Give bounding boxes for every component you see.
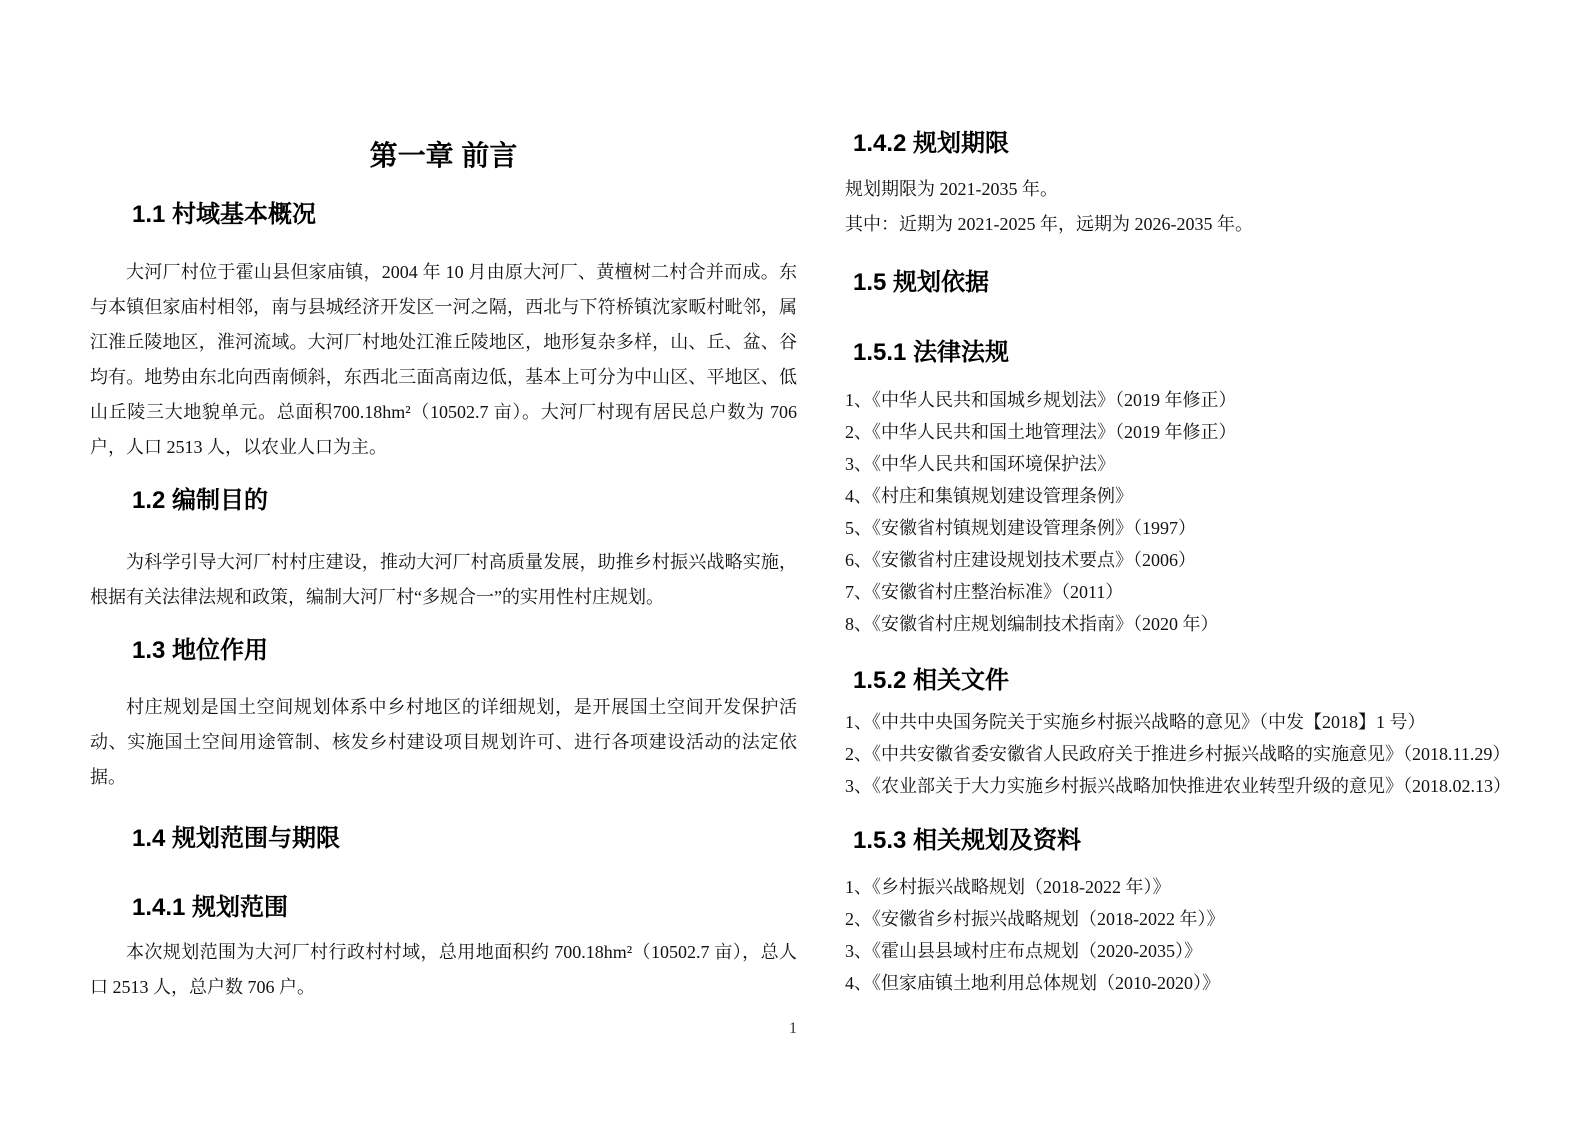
para-planning-period-2: 其中：近期为 2021-2025 年，远期为 2026-2035 年。 — [845, 207, 1560, 242]
right-column: 1.4.2 规划期限 规划期限为 2021-2035 年。 其中：近期为 202… — [845, 120, 1560, 999]
heading-status-role: 1.3 地位作用 — [132, 636, 797, 666]
para-status-role: 村庄规划是国土空间规划体系中乡村地区的详细规划，是开展国土空间开发保护活动、实施… — [90, 690, 797, 795]
list-item: 1、《中共中央国务院关于实施乡村振兴战略的意见》（中发【2018】1 号） — [845, 706, 1560, 738]
list-item: 7、《安徽省村庄整治标准》（2011） — [845, 576, 1560, 608]
heading-laws-regulations: 1.5.1 法律法规 — [853, 338, 1560, 368]
chapter-title: 第一章 前言 — [90, 138, 797, 174]
list-item: 1、《乡村振兴战略规划（2018-2022 年）》 — [845, 871, 1560, 903]
para-planning-period-1: 规划期限为 2021-2035 年。 — [845, 172, 1560, 207]
heading-planning-scope: 1.4.1 规划范围 — [132, 893, 797, 923]
list-item: 2、《中华人民共和国土地管理法》（2019 年修正） — [845, 416, 1560, 448]
para-planning-scope: 本次规划范围为大河厂村行政村村域，总用地面积约 700.18hm²（10502.… — [90, 935, 797, 1005]
laws-regulations-list: 1、《中华人民共和国城乡规划法》（2019 年修正） 2、《中华人民共和国土地管… — [845, 384, 1560, 640]
list-item: 1、《中华人民共和国城乡规划法》（2019 年修正） — [845, 384, 1560, 416]
heading-planning-period: 1.4.2 规划期限 — [853, 129, 1560, 159]
document-page: 第一章 前言 1.1 村域基本概况 大河厂村位于霍山县但家庙镇，2004 年 1… — [0, 0, 1586, 1123]
heading-scope-and-period: 1.4 规划范围与期限 — [132, 824, 797, 854]
para-compilation-purpose: 为科学引导大河厂村村庄建设，推动大河厂村高质量发展，助推乡村振兴战略实施，根据有… — [90, 545, 797, 615]
heading-compilation-purpose: 1.2 编制目的 — [132, 486, 797, 516]
heading-related-documents: 1.5.2 相关文件 — [853, 666, 1560, 696]
list-item: 3、《霍山县县域村庄布点规划（2020-2035）》 — [845, 935, 1560, 967]
page-number: 1 — [0, 1020, 1586, 1038]
list-item: 2、《中共安徽省委安徽省人民政府关于推进乡村振兴战略的实施意见》（2018.11… — [845, 738, 1560, 770]
list-item: 3、《农业部关于大力实施乡村振兴战略加快推进农业转型升级的意见》（2018.02… — [845, 770, 1560, 802]
related-plans-list: 1、《乡村振兴战略规划（2018-2022 年）》 2、《安徽省乡村振兴战略规划… — [845, 871, 1560, 999]
heading-planning-basis: 1.5 规划依据 — [853, 268, 1560, 298]
list-item: 4、《但家庙镇土地利用总体规划（2010-2020）》 — [845, 967, 1560, 999]
list-item: 2、《安徽省乡村振兴战略规划（2018-2022 年）》 — [845, 903, 1560, 935]
related-documents-list: 1、《中共中央国务院关于实施乡村振兴战略的意见》（中发【2018】1 号） 2、… — [845, 706, 1560, 802]
list-item: 5、《安徽省村镇规划建设管理条例》（1997） — [845, 512, 1560, 544]
heading-village-overview: 1.1 村域基本概况 — [132, 200, 797, 230]
para-village-overview: 大河厂村位于霍山县但家庙镇，2004 年 10 月由原大河厂、黄檀树二村合并而成… — [90, 255, 797, 465]
left-column: 第一章 前言 1.1 村域基本概况 大河厂村位于霍山县但家庙镇，2004 年 1… — [90, 120, 797, 1005]
list-item: 3、《中华人民共和国环境保护法》 — [845, 448, 1560, 480]
list-item: 8、《安徽省村庄规划编制技术指南》（2020 年） — [845, 608, 1560, 640]
heading-related-plans: 1.5.3 相关规划及资料 — [853, 826, 1560, 856]
list-item: 4、《村庄和集镇规划建设管理条例》 — [845, 480, 1560, 512]
list-item: 6、《安徽省村庄建设规划技术要点》（2006） — [845, 544, 1560, 576]
